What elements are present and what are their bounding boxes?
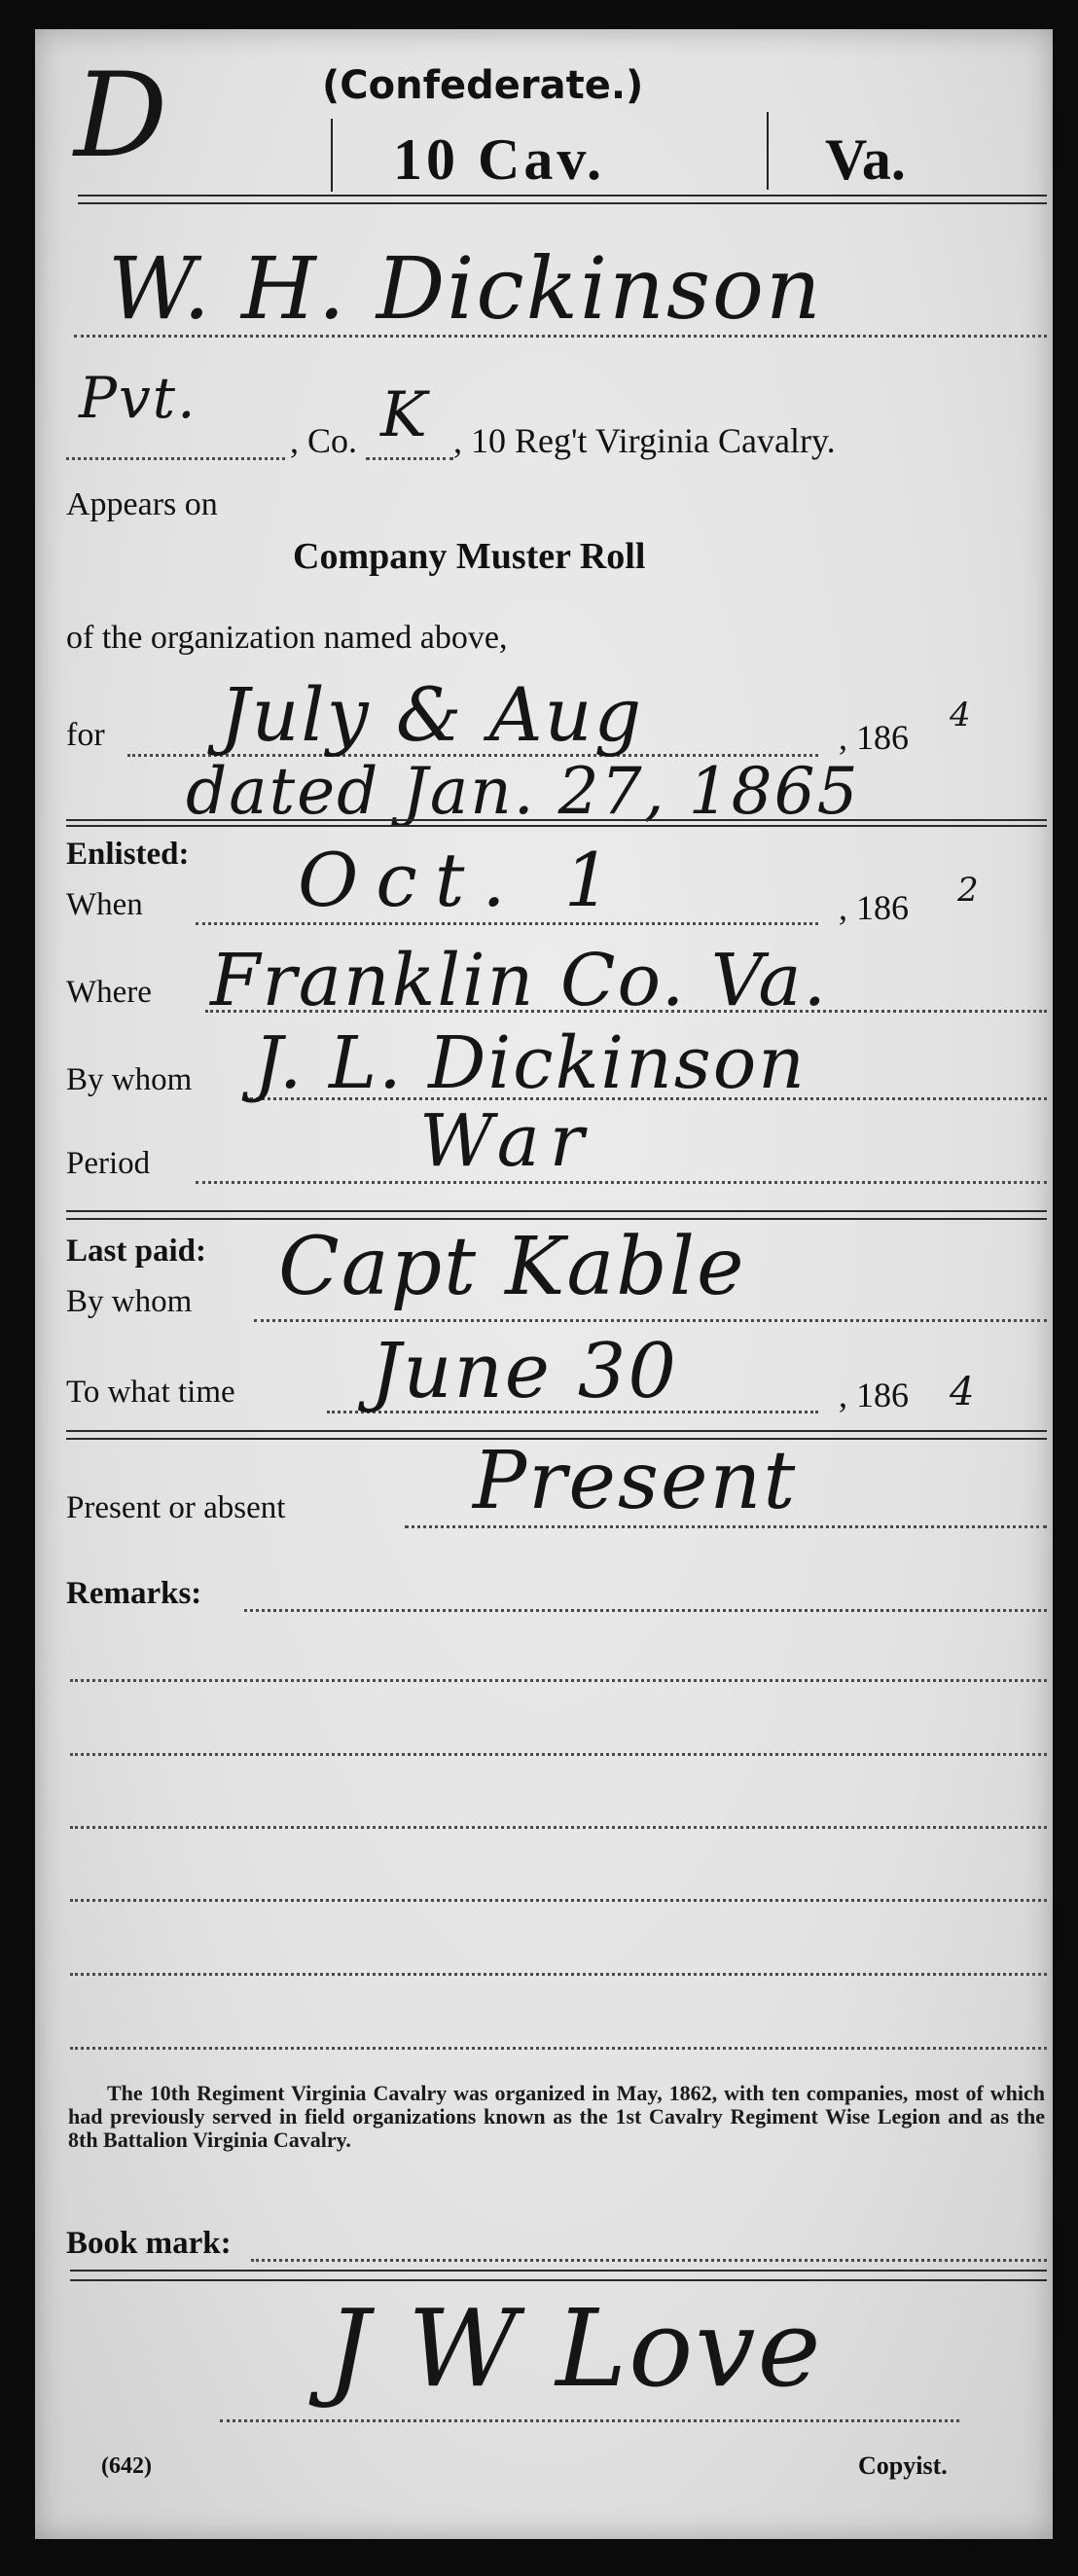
- section-rule: [66, 1218, 1047, 1220]
- period-value: War: [419, 1099, 593, 1183]
- remarks-label: Remarks:: [66, 1576, 201, 1612]
- corner-mark: D: [74, 58, 169, 175]
- remarks-line: [70, 1679, 1047, 1682]
- last-paid-by-whom-line: [254, 1319, 1047, 1322]
- section-rule: [70, 2279, 1047, 2281]
- header-divider: [331, 119, 333, 192]
- section-rule: [66, 825, 1047, 827]
- to-what-time-value: June 30: [371, 1328, 678, 1415]
- when-value: Oct. 1: [298, 837, 629, 923]
- remarks-line: [70, 2047, 1047, 2050]
- book-mark-label: Book mark:: [66, 2226, 232, 2262]
- book-mark-line: [251, 2259, 1047, 2262]
- state-label: Va.: [825, 126, 906, 194]
- by-whom-value: J. L. Dickinson: [254, 1021, 807, 1105]
- company-line: [366, 457, 453, 460]
- company-value: K: [380, 379, 429, 451]
- remarks-line: [70, 1753, 1047, 1756]
- regiment-label: , 10 Reg't Virginia Cavalry.: [453, 420, 836, 461]
- rank-line: [66, 457, 285, 460]
- side-label: (Confederate.): [322, 63, 643, 108]
- for-year-suffix: 4: [950, 696, 973, 734]
- appears-on-label: Appears on: [66, 486, 218, 523]
- for-label: for: [66, 717, 105, 754]
- regiment-footnote: The 10th Regiment Virginia Cavalry was o…: [68, 2082, 1045, 2152]
- header-divider: [767, 112, 769, 190]
- form-number: (642): [101, 2453, 152, 2480]
- remarks-line: [70, 1973, 1047, 1976]
- period-label: Period: [66, 1146, 150, 1182]
- rank-value: Pvt.: [79, 365, 198, 431]
- last-paid-year-prefix: , 186: [839, 1375, 909, 1415]
- name-line: [74, 335, 1047, 338]
- last-paid-by-whom-value: Capt Kable: [278, 1221, 746, 1313]
- soldier-name: W. H. Dickinson: [108, 238, 823, 339]
- present-absent-label: Present or absent: [66, 1490, 285, 1526]
- copyist-signature: J W Love: [327, 2286, 823, 2411]
- copyist-label: Copyist.: [858, 2451, 948, 2481]
- where-value: Franklin Co. Va.: [210, 939, 828, 1022]
- section-rule: [66, 819, 1047, 821]
- remarks-line: [70, 1826, 1047, 1829]
- of-org-label: of the organization named above,: [66, 620, 508, 657]
- by-whom-label: By whom: [66, 1062, 192, 1098]
- muster-card: D (Confederate.) 10 Cav. Va. W. H. Dicki…: [35, 29, 1053, 2539]
- when-year-suffix: 2: [957, 871, 981, 910]
- remarks-line: [70, 1899, 1047, 1902]
- present-absent-value: Present: [473, 1435, 797, 1527]
- last-paid-year-suffix: 4: [950, 1370, 976, 1414]
- to-what-time-label: To what time: [66, 1375, 235, 1411]
- unit-label: 10 Cav.: [393, 126, 605, 194]
- header-rule: [78, 202, 1047, 204]
- where-label: Where: [66, 975, 152, 1011]
- for-year-prefix: , 186: [839, 717, 909, 758]
- last-paid-heading: Last paid:: [66, 1234, 206, 1270]
- when-label: When: [66, 887, 143, 923]
- roll-type: Company Muster Roll: [293, 535, 645, 578]
- section-rule: [66, 1430, 1047, 1432]
- company-prefix: , Co.: [290, 420, 357, 461]
- for-value: July & Aug: [220, 671, 643, 758]
- remarks-line: [244, 1609, 1047, 1612]
- dated-value: dated Jan. 27, 1865: [186, 754, 860, 829]
- enlisted-heading: Enlisted:: [66, 837, 190, 873]
- header-rule: [78, 195, 1047, 197]
- section-rule: [70, 2270, 1047, 2272]
- when-year-prefix: , 186: [839, 887, 909, 928]
- signature-line: [220, 2419, 959, 2422]
- period-line: [196, 1181, 1047, 1184]
- last-paid-by-whom-label: By whom: [66, 1284, 192, 1320]
- section-rule: [66, 1210, 1047, 1212]
